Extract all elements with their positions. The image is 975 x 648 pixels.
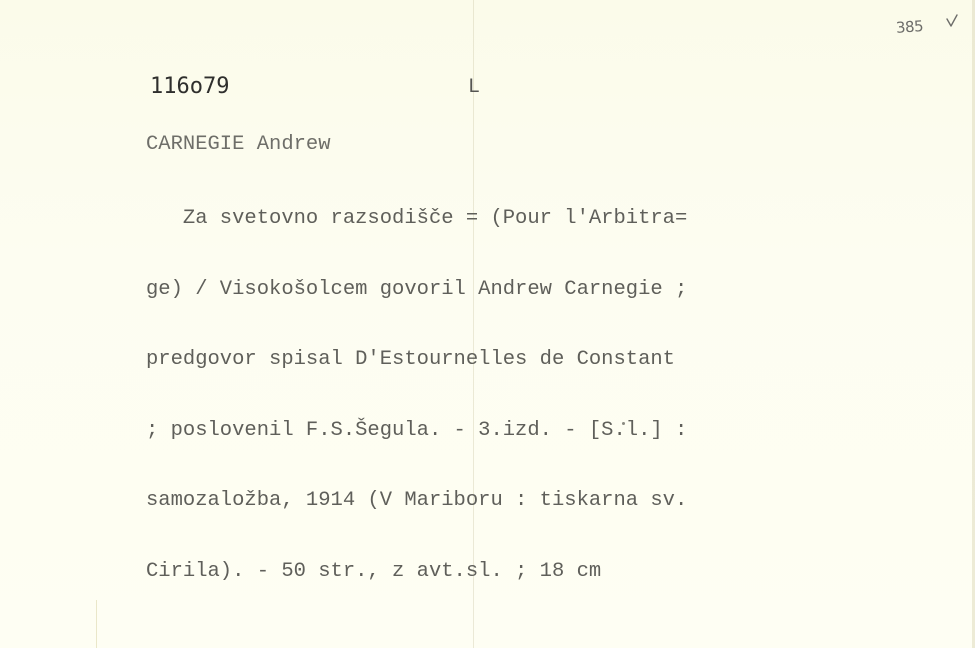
description-line: samozaložba, 1914 (V Mariboru : tiskarna…	[146, 489, 687, 513]
check-mark-icon	[946, 14, 958, 28]
bibliographic-description: Za svetovno razsodišče = (Pour l'Arbitra…	[146, 160, 687, 630]
call-number: 116o79	[150, 74, 229, 99]
main-heading: CARNEGIE Andrew	[146, 133, 331, 156]
description-line: Za svetovno razsodišče = (Pour l'Arbitra…	[146, 207, 687, 231]
catalog-card: 116o79 L 385 CARNEGIE Andrew Za svetovno…	[0, 0, 975, 648]
paper-crease-lower	[96, 600, 97, 648]
description-line: ; poslovenil F.S.Šegula. - 3.izd. - [S.l…	[146, 419, 687, 443]
description-line: ge) / Visokošolcem govoril Andrew Carneg…	[146, 278, 687, 302]
paper-speck	[622, 422, 625, 425]
description-line: Cirila). - 50 str., z avt.sl. ; 18 cm	[146, 560, 687, 584]
handwritten-number: 385	[895, 17, 923, 37]
location-mark: L	[468, 76, 480, 99]
description-line: predgovor spisal D'Estournelles de Const…	[146, 348, 687, 372]
